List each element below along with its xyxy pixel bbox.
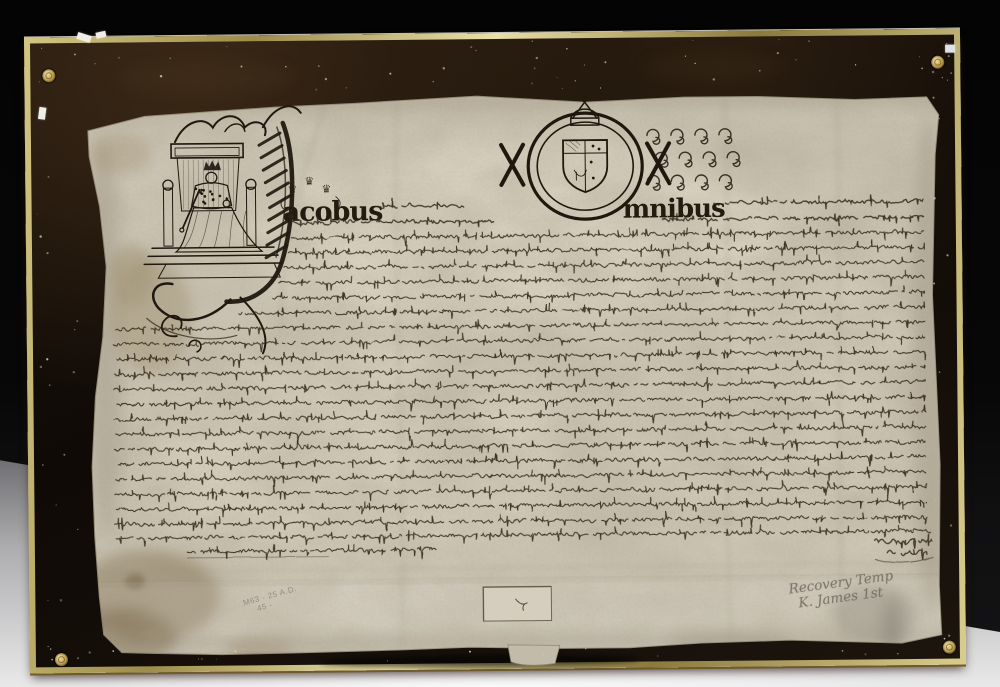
corner-screw-bottom-left [55, 653, 68, 666]
paper-chip [945, 45, 955, 53]
seal-slit [483, 586, 551, 621]
crown-icon: ♛ [321, 183, 331, 196]
corner-screw-bottom-right [943, 641, 956, 654]
crown-icon: ♛ [304, 175, 314, 188]
display-frame: ♛ ♛ ♛ acobus [24, 29, 966, 674]
corner-screw-top-right [931, 56, 944, 69]
crown-icon: ♛ [287, 183, 297, 196]
photo-stage: ♛ ♛ ♛ acobus [0, 0, 1000, 687]
plica-fold-tab [508, 644, 560, 665]
corner-screw-top-left [42, 69, 55, 82]
